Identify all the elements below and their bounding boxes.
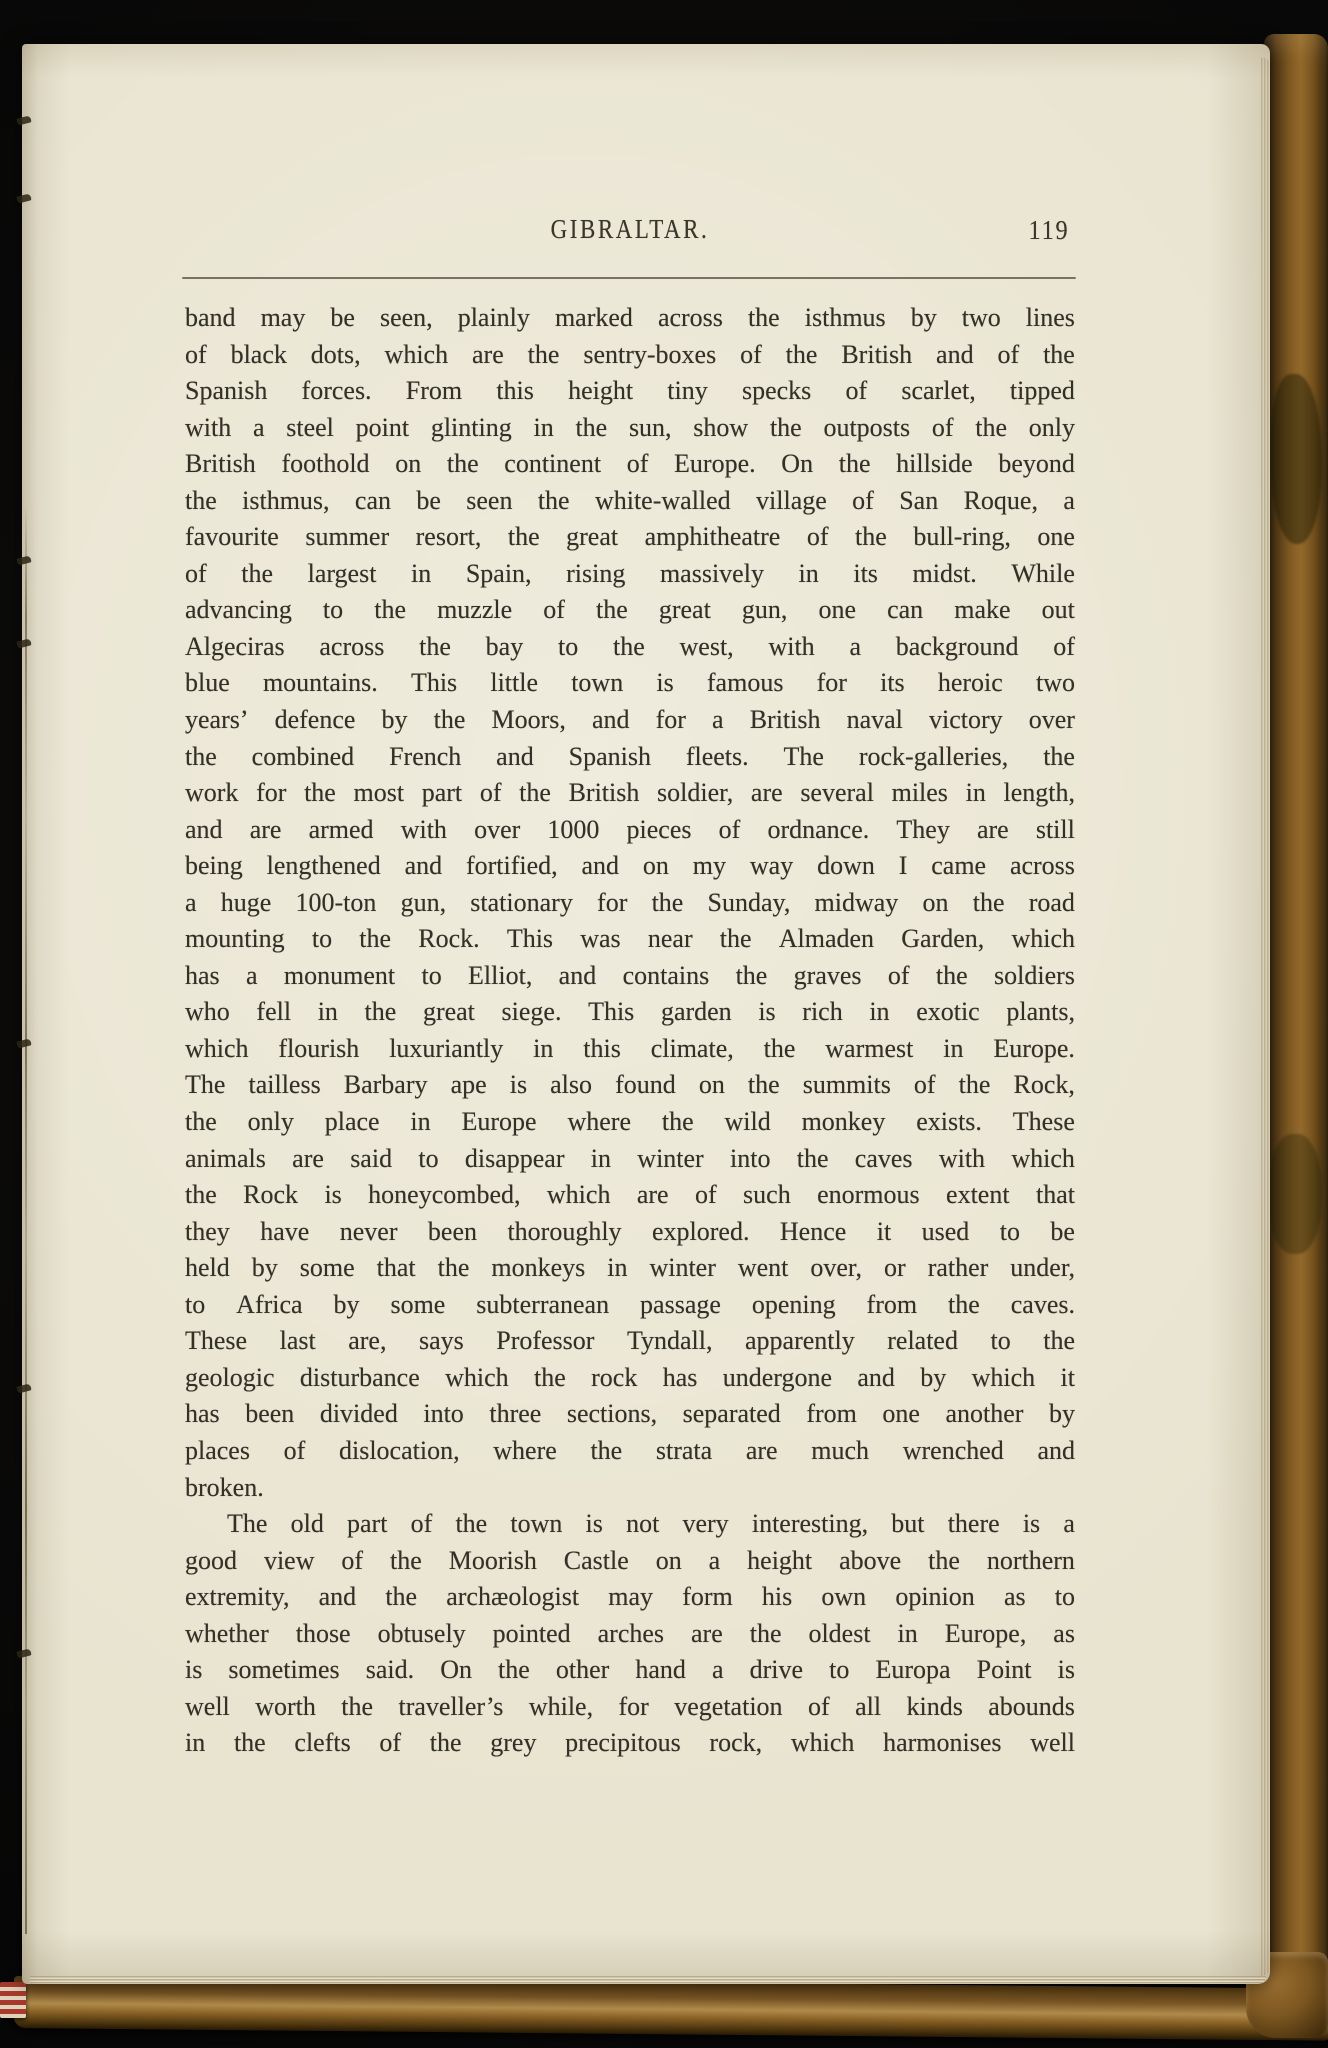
text-line: withasteelpointglintinginthesun,showtheo… <box>185 410 1075 447</box>
text-line: goodviewoftheMoorishCastleonaheightabove… <box>185 1543 1075 1580</box>
text-line: broken. <box>185 1470 1075 1507</box>
leather-wear-patch <box>1268 1134 1322 1254</box>
text-line: Spanishforces.Fromthisheighttinyspecksof… <box>185 373 1075 410</box>
page-stack-fore-edge <box>1261 58 1270 1976</box>
text-line: andarearmedwithover1000piecesofordnance.… <box>185 812 1075 849</box>
book-headband <box>0 1982 26 2018</box>
stitch-mark <box>16 1383 31 1393</box>
stitch-mark <box>16 555 31 565</box>
stitch-mark <box>16 1648 31 1658</box>
text-line: Theoldpartofthetownisnotveryinteresting,… <box>185 1506 1075 1543</box>
text-line: heldbysomethatthemonkeysinwinterwentover… <box>185 1250 1075 1287</box>
text-line: beinglengthenedandfortified,andonmywaydo… <box>185 848 1075 885</box>
text-line: whetherthoseobtuselypointedarchesaretheo… <box>185 1616 1075 1653</box>
text-line: toAfricabysomesubterraneanpassageopening… <box>185 1287 1075 1324</box>
book-scan-photo: GIBRALTAR. 119 bandmaybeseen,plainlymark… <box>0 0 1328 2048</box>
running-header: GIBRALTAR. 119 <box>185 214 1075 248</box>
text-line: extremity,andthearchæologistmayformhisow… <box>185 1579 1075 1616</box>
text-line: Algecirasacrossthebaytothewest,withaback… <box>185 629 1075 666</box>
text-line: favouritesummerresort,thegreatamphitheat… <box>185 519 1075 556</box>
text-line: whichflourishluxuriantlyinthisclimate,th… <box>185 1031 1075 1068</box>
text-line: advancingtothemuzzleofthegreatgun,onecan… <box>185 592 1075 629</box>
text-line: Theselastare,saysProfessorTyndall,appare… <box>185 1323 1075 1360</box>
book-page: GIBRALTAR. 119 bandmaybeseen,plainlymark… <box>22 44 1270 1984</box>
text-line: thecombinedFrenchandSpanishfleets.Theroc… <box>185 739 1075 776</box>
stitch-mark <box>16 193 31 203</box>
page-number: 119 <box>1028 215 1069 246</box>
text-line: inthecleftsofthegreyprecipitousrock,whic… <box>185 1725 1075 1762</box>
running-header-title: GIBRALTAR. <box>252 214 1009 245</box>
book-cover-right-edge <box>1264 34 1328 2030</box>
text-line: bandmaybeseen,plainlymarkedacrosstheisth… <box>185 300 1075 337</box>
text-line: workforthemostpartoftheBritishsoldier,ar… <box>185 775 1075 812</box>
text-line: ThetaillessBarbaryapeisalsofoundonthesum… <box>185 1067 1075 1104</box>
gutter-crease <box>25 504 27 1934</box>
text-line: hasbeendividedintothreesections,separate… <box>185 1396 1075 1433</box>
stitch-mark <box>16 115 31 125</box>
book-cover-bottom-edge <box>14 1976 1328 2041</box>
text-line: ofblackdots,whicharethesentry-boxesofthe… <box>185 337 1075 374</box>
text-line: theyhaveneverbeenthoroughlyexplored.Henc… <box>185 1214 1075 1251</box>
text-line: theonlyplaceinEuropewherethewildmonkeyex… <box>185 1104 1075 1141</box>
text-line: issometimessaid.OntheotherhandadrivetoEu… <box>185 1652 1075 1689</box>
text-line: ahuge100-tongun,stationaryfortheSunday,m… <box>185 885 1075 922</box>
text-line: theRockishoneycombed,whichareofsuchenorm… <box>185 1177 1075 1214</box>
text-line: bluemountains.Thislittletownisfamousfori… <box>185 665 1075 702</box>
text-line: whofellinthegreatsiege.Thisgardenisrichi… <box>185 994 1075 1031</box>
text-line: placesofdislocation,wherethestrataaremuc… <box>185 1433 1075 1470</box>
text-line: hasamonumenttoElliot,andcontainsthegrave… <box>185 958 1075 995</box>
page-stack-bottom-edge <box>30 1976 1266 1984</box>
stitch-mark <box>16 638 31 648</box>
text-line: years’defencebytheMoors,andforaBritishna… <box>185 702 1075 739</box>
header-rule <box>182 277 1076 279</box>
text-line: geologicdisturbancewhichtherockhasunderg… <box>185 1360 1075 1397</box>
text-line: wellworththetraveller’swhile,forvegetati… <box>185 1689 1075 1726</box>
text-line: animalsaresaidtodisappearinwinterintothe… <box>185 1141 1075 1178</box>
text-line: theisthmus,canbeseenthewhite-walledvilla… <box>185 483 1075 520</box>
leather-wear-patch <box>1270 374 1322 544</box>
page-text: bandmaybeseen,plainlymarkedacrosstheisth… <box>185 300 1075 1762</box>
text-line: mountingtotheRock.ThiswasneartheAlmadenG… <box>185 921 1075 958</box>
text-line: ofthelargestinSpain,risingmassivelyinits… <box>185 556 1075 593</box>
text-line: BritishfootholdonthecontinentofEurope.On… <box>185 446 1075 483</box>
stitch-mark <box>16 1038 31 1048</box>
